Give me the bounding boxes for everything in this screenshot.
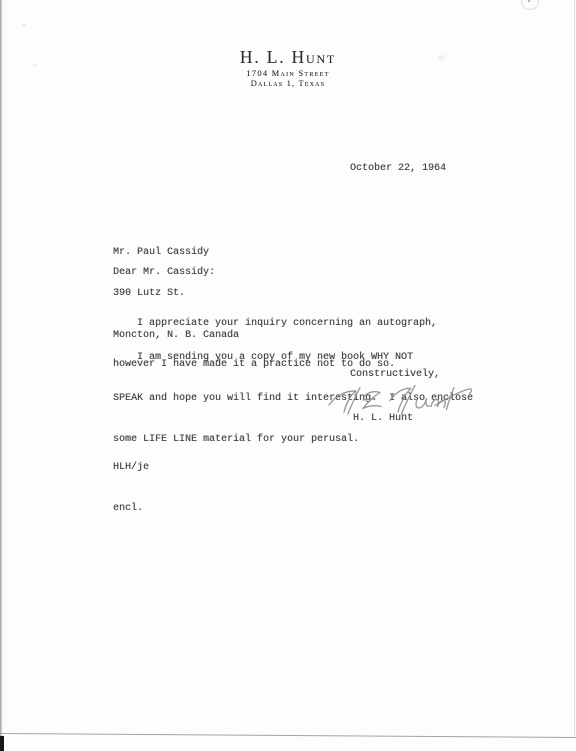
scan-smudge xyxy=(438,55,445,60)
scan-right-edge xyxy=(574,0,575,737)
letterhead-street-address: 1704 Main Street xyxy=(0,70,576,78)
recipient-name: Mr. Paul Cassidy xyxy=(113,246,239,260)
paragraph-line: I am sending you a copy of my new book W… xyxy=(113,351,473,365)
typed-signature-name: H. L. Hunt xyxy=(353,412,413,426)
scan-corner-mark xyxy=(0,736,4,751)
salutation: Dear Mr. Cassidy: xyxy=(113,266,215,280)
scanned-letter-page: H. L. Hunt 1704 Main Street Dallas 1, Te… xyxy=(0,0,576,751)
letterhead-company-name: H. L. Hunt xyxy=(0,49,576,67)
typist-initials: HLH/je xyxy=(113,461,149,475)
reference-block: HLH/je encl. xyxy=(113,433,149,543)
scan-speck xyxy=(23,24,25,26)
scan-ring-artifact xyxy=(521,0,539,10)
letterhead-city-line: Dallas 1, Texas xyxy=(0,80,576,88)
date-line: October 22, 1964 xyxy=(350,162,446,176)
paragraph-line: some LIFE LINE material for your perusal… xyxy=(113,433,473,447)
scan-dot-artifact xyxy=(528,0,530,2)
scan-paper-bottom-edge xyxy=(0,733,576,738)
scan-smudge xyxy=(33,64,37,66)
scan-left-edge xyxy=(0,0,3,751)
enclosure-notation: encl. xyxy=(113,502,149,516)
